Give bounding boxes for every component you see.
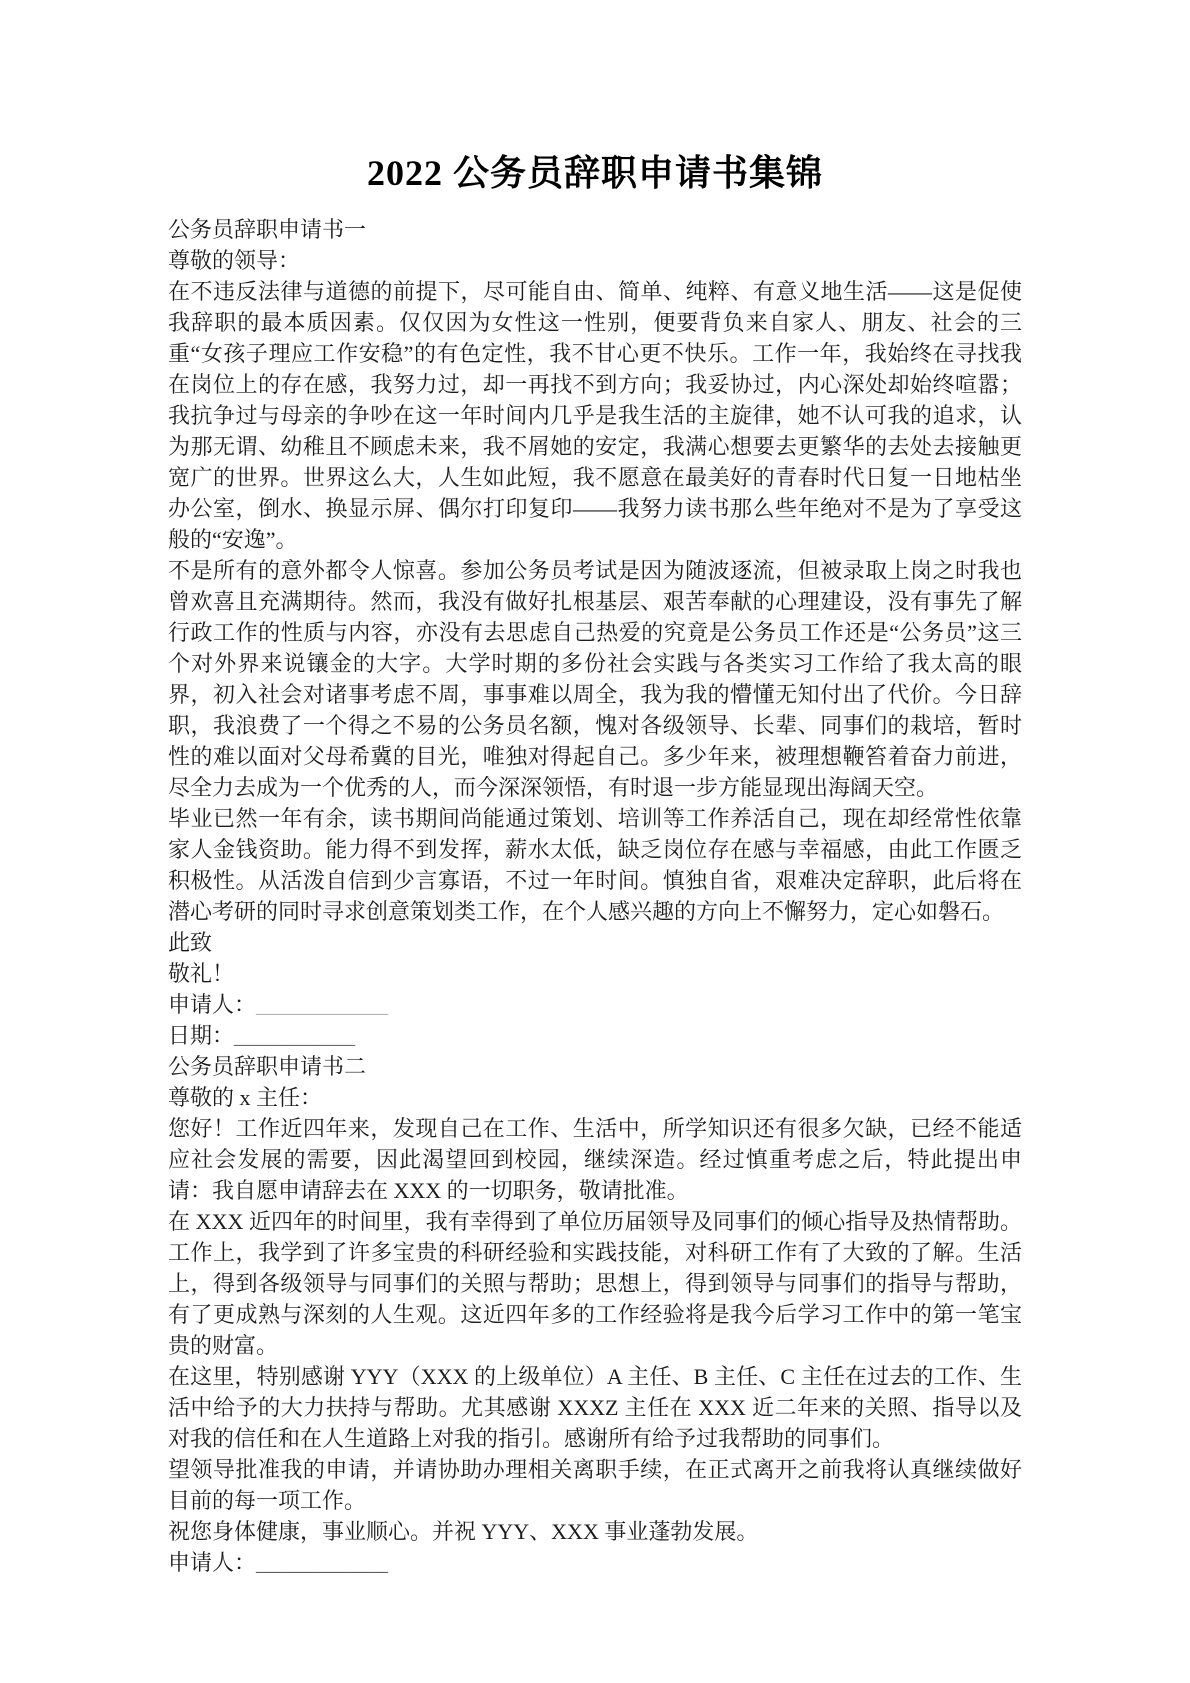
signature-blank: ___________ (234, 1023, 355, 1048)
signature-line-date-1: 日期：___________ (168, 1020, 1022, 1051)
salutation-2: 尊敬的 x 主任： (168, 1082, 1022, 1113)
body-paragraph: 您好！工作近四年来，发现自己在工作、生活中，所学知识还有很多欠缺，已经不能适应社… (168, 1113, 1022, 1206)
body-paragraph: 毕业已然一年有余，读书期间尚能通过策划、培训等工作养活自己，现在却经常性依靠家人… (168, 803, 1022, 927)
signature-blank: ____________ (256, 992, 388, 1017)
body-paragraph: 在这里，特别感谢 YYY（XXX 的上级单位）A 主任、B 主任、C 主任在过去… (168, 1361, 1022, 1454)
closing-jingli: 敬礼！ (168, 958, 1022, 989)
body-paragraph: 不是所有的意外都令人惊喜。参加公务员考试是因为随波逐流，但被录取上岗之时我也曾欢… (168, 555, 1022, 803)
signature-label: 申请人： (168, 1550, 256, 1575)
signature-label: 申请人： (168, 992, 256, 1017)
signature-blank: ____________ (256, 1550, 388, 1575)
signature-line-applicant-1: 申请人：____________ (168, 989, 1022, 1020)
body-paragraph: 在不违反法律与道德的前提下，尽可能自由、简单、纯粹、有意义地生活——这是促使我辞… (168, 276, 1022, 555)
body-paragraph: 祝您身体健康，事业顺心。并祝 YYY、XXX 事业蓬勃发展。 (168, 1516, 1022, 1547)
section-heading-1: 公务员辞职申请书一 (168, 214, 1022, 245)
body-paragraph: 在 XXX 近四年的时间里，我有幸得到了单位历届领导及同事们的倾心指导及热情帮助… (168, 1206, 1022, 1361)
document-title: 2022 公务员辞职申请书集锦 (168, 150, 1022, 196)
document-page: 2022 公务员辞职申请书集锦 公务员辞职申请书一尊敬的领导：在不违反法律与道德… (0, 0, 1190, 1683)
signature-line-applicant-2: 申请人：____________ (168, 1547, 1022, 1578)
body-paragraph: 望领导批准我的申请，并请协助办理相关离职手续，在正式离开之前我将认真继续做好目前… (168, 1454, 1022, 1516)
closing-cizhi: 此致 (168, 927, 1022, 958)
signature-label: 日期： (168, 1023, 234, 1048)
document-body: 公务员辞职申请书一尊敬的领导：在不违反法律与道德的前提下，尽可能自由、简单、纯粹… (168, 214, 1022, 1578)
salutation-1: 尊敬的领导： (168, 245, 1022, 276)
section-heading-2: 公务员辞职申请书二 (168, 1051, 1022, 1082)
